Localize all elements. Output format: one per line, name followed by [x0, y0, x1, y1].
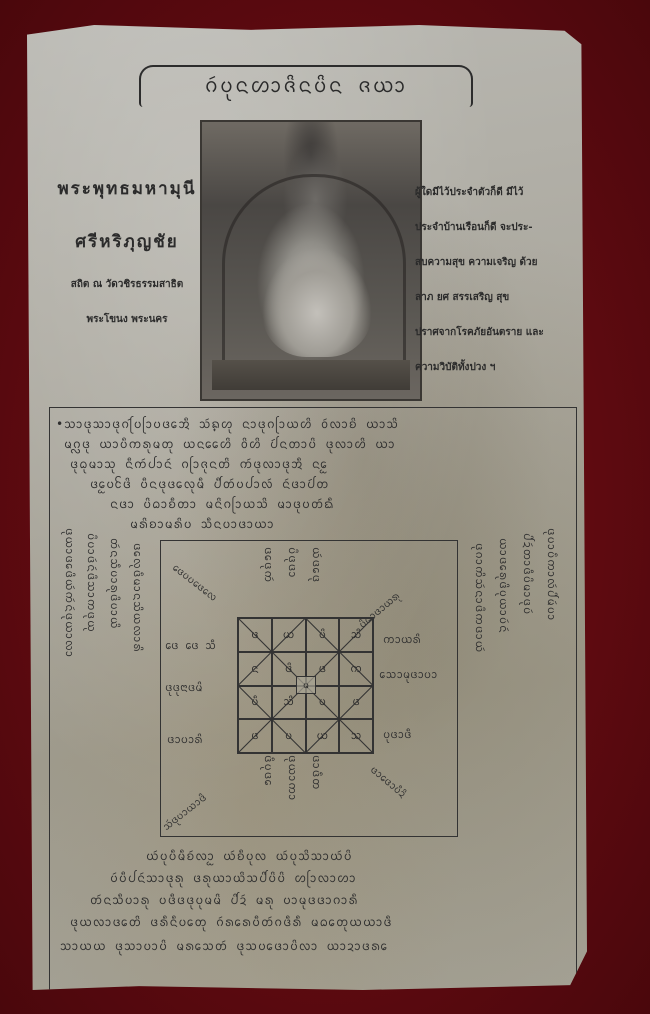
yantra-top-line: ᨴᩮᩬᨷᩰᨴᩦ ᨷᩥᨶᨴᩩᨴᩮᩃᩩᨾᩥ ᨸᩥᨲᩢᨷᨸᩣᩃᩢ ᨶᩢᨴᩣᨸᩢᨲ [90, 476, 330, 495]
photo-base [212, 360, 410, 390]
yantra-top-line: ᨾᩁᩦᨧᩣᨾᩁᩦᨷ ᩈᩥᨶᨷᩣᨴᩣᨿᩣ [130, 516, 275, 535]
ray-bottom-center: ᨴᩣᨴᩥᨲ [307, 755, 325, 825]
yantra-left-column: ᨲᩢᨶᩈᩥᨷᩣᩁᩩᨴᩦᨷᩣᨿᩦ [105, 538, 123, 848]
yantra-top-line: ᨴᩩᨵᩩᨾᩣᩈᩩ ᨶᩥᨠᩢᨸᩣᨶᩢ ᨣᩕᩣᨩᩩᨶᨲᩦ ᨠᩢᨴᩩᩃᩣᨴᩩᩋᩥ ᨶᩮ… [70, 456, 328, 475]
ray-bottom-center: ᨴᩥᨷᩩᨴᩮ [259, 755, 277, 825]
ray-top-left: ᨴᩮᨷᨷᨴᩮᩃᩮ [168, 561, 220, 606]
right-caption-line: ประจำบ้านเรือนก็ดี จะประ- [415, 220, 580, 255]
ray-top-center: ᨷᩦᨴᩩᨴᩣ [283, 547, 301, 617]
grid-cell: ᩈ [339, 719, 373, 753]
ray-bottom-right: ᨴᩣᨴᩮᩣᨷᩥᨯᩦ [366, 763, 409, 803]
yantra-right-column: ᨴᩩᨣᩣᨠᩦᩈᩢᨶᩣᨴᩦᨠᨴᩣᨿᩢ [470, 543, 488, 843]
grid-cell: ᨷ [272, 719, 306, 753]
yantra-right-column: ᨸᩦᨯᩢᨲᩣᨴᩥᨷᩦᨾᩣᨴᩩᨷᩢ [518, 533, 536, 853]
buddha-figure [262, 247, 372, 357]
ray-bottom-center: ᨴᩩᨿᩣᨠᩣ [283, 755, 301, 825]
ray-top-center: ᨿᩢᨴᩮᨴᩩ [307, 547, 325, 617]
grid-center-box: ᨾ [296, 676, 316, 694]
yantra-right-column: ᨴᩩᨷᩣᨷᩥᨠᩣᩃᩢᨸᩦᨾᩢᨷᩣ [542, 528, 560, 858]
right-caption-line: ผู้ใดมีไว้ประจำตัวก็ดี มีไว้ [415, 185, 580, 220]
yantra-bottom-line: ᩈᩣᨿᨿ ᨴᩩᩈᩣᨷᩣᨷᩦ ᨾᩁᩮᩈᨲᩢ ᨴᩩᩈᨷᩮᨴᩣᨷᩦᩃᩣ ᨿᩣᨯᩣᨴᩁᩮ [60, 938, 388, 957]
grid-cell: ᨷᩦ [306, 618, 340, 652]
ray-top-center: ᨴᩮᨴᩩᨠᩢ [259, 547, 277, 617]
grid-cell: ᨷᩥ [238, 686, 272, 720]
ray-right-upper: ᨠᩣᨿᩁᩦ [383, 631, 421, 649]
right-caption-line: ลาภ ยศ สรรเสริญ สุข [415, 290, 580, 325]
ray-bottom-left: ᩈᩢᨴᩩᨷᩣᨿᩣᨴᩦ [160, 791, 211, 835]
cloth-talisman: ᨣᩢᨷᩩᨶᩉᩣᨩᩦᨶᨷᩦᨶ ᨩᨿᩣ พระพุทธมหามุนี ศรีหริภ… [27, 25, 587, 990]
yantra-frame: •ᩈᩣᨴᩩᩈᩣᨴᩩᨣᩕᩢᨷᩕᩣᨷᨴᩮᩋᩥ ᩈᩢ᩠ᨦᩉᩩ ᨶᩣᨴᩩᨣᩕᩣᨿᩉᩦ ᩅ… [49, 407, 577, 994]
grid-cell: ᨿ [272, 618, 306, 652]
grid-cell: ᨿ [306, 719, 340, 753]
ray-left-lower: ᨴᩣᨷᩣᩁᩦ [167, 731, 203, 749]
yantra-left-column: ᨷᩦᨷᩣᨴᩢᨶᩢᨴᩦᩈᩣᨠᨴᩩᨿᩩ [82, 533, 100, 853]
yantra-bottom-line: ᨴᩩᨿᩃᩣᨴᩮᨲᩦ ᨴᩁᩥᨶᩥᨷᩮᨲᩩ ᨣᩢᩁᩮᩁᨷᩥᨲᩢᨣᨴᩥᩁᩥ ᨾᨵᩮᨲᩩ… [70, 914, 393, 933]
ray-left: ᨴᩩᨴᩩᨶᩣᨴᨾᩦ [165, 679, 203, 697]
ray-right: ᩈᩮᩣᨾᩩᨴᩣᨷᩣ [379, 666, 437, 684]
yantra-grid: ᨴ ᨿ ᨷᩦ ᩈᩦ ᨶ ᨴᩦ ᨴ ᨠ ᨷᩥ ᩈᩦ ᨾ ᨴ ᨴ ᨷ ᨿ ᩈ [237, 617, 374, 754]
buddha-photo [200, 120, 422, 401]
caption-buddha-epithet: ศรีหริภุญชัย [42, 228, 212, 255]
title-banner: ᨣᩢᨷᩩᨶᩉᩣᨩᩦᨶᨷᩦᨶ ᨩᨿᩣ [139, 65, 473, 107]
yantra-left-column: ᨴᩮᩃᩩᨴᩥᨾᩣᨶᩈᩦᨿᩃᩣᩁᩦ [128, 543, 146, 843]
grid-cell: ᨶ [238, 652, 272, 686]
yantra-bottom-line: ᨷᩢᨷᩥᨸᨶᩢᩈᩣᨴᩩᩁᩩ ᨴᩁᩩᨿᩣᨿᩦᩈᨸᩦᨷᩦᨷᩦ ᩉᩕᩣᩃᩣᩉᩣ [110, 870, 357, 889]
yantra-left-column: ᨴᩩᨿᩣᨴᩮᨴᩦᨿᩢᨠᩢᨶᩢᨴᩩᨿᩣᩃᩣ [60, 528, 78, 858]
ray-right-lower: ᨷᩩᨴᩣᨴᩥ [383, 726, 412, 744]
yantra-bottom-line: ᨲᩢᨶᩈᩥᨷᩣᩁᩩ ᨷᨴᩥᨴᨴᩩᨷᩩᨾᨾᩦ ᨸᩦᨯᩢ ᨾᩁᩩ ᨷᩣᨾᩩᨴᨴᩣᨣᩣ… [90, 892, 359, 911]
grid-cell: ᨴ [238, 719, 272, 753]
grid-cell: ᨴ [339, 686, 373, 720]
caption-buddha-name: พระพุทธมหามุนี [42, 175, 212, 202]
ray-left-upper: ᨴᩮ ᨴᩮ ᩈᩥ [165, 637, 216, 655]
right-caption-line: ความวิบัติทั้งปวง ฯ [415, 360, 580, 395]
grid-cell: ᨠ [339, 652, 373, 686]
yantra-bottom-line: ᨿᩢᨷᩩᨷᩥᨾᩥᨧᩢᩃᩣᩬ ᨿᩢᨧᩥᨷᩩᩃ ᨿᩢᨷᩩᩈᩦᩈᩣᨿᩢᨷᩦ [146, 848, 353, 867]
yantra-top-line: •ᩈᩣᨴᩩᩈᩣᨴᩩᨣᩕᩢᨷᩕᩣᨷᨴᩮᩋᩥ ᩈᩢ᩠ᨦᩉᩩ ᨶᩣᨴᩩᨣᩕᩣᨿᩉᩦ ᩅ… [56, 416, 399, 435]
grid-cell: ᨴ [238, 618, 272, 652]
yantra-right-column: ᨿᩣᨴᩮᩁᩩᨴᩦᨷᩩᨿᩣᨷᩢᨶᩢ [494, 538, 512, 848]
title-script-text: ᨣᩢᨷᩩᨶᩉᩣᨩᩦᨶᨷᩦᨶ ᨩᨿᩣ [205, 72, 408, 103]
left-caption: พระพุทธมหามุนี ศรีหริภุญชัย สถิต ณ วัดวช… [42, 175, 212, 327]
yantra-inner-square: ᨴᩮᨷᨷᨴᩮᩃᩮ ᨷᩦᨾᩣᨴᩣᨿᩁᩩ ᩈᩢᨴᩩᨷᩣᨿᩣᨴᩦ ᨴᩣᨴᩮᩣᨷᩥᨯᩦ … [160, 540, 458, 837]
right-caption: ผู้ใดมีไว้ประจำตัวก็ดี มีไว้ ประจำบ้านเร… [415, 185, 580, 395]
grid-cell: ᩈᩦ [339, 618, 373, 652]
yantra-top-line: ᨾᨣᩖᨴᩩ ᨿᩣᨷᩥᨠᩁᩩᨾᨲᩩ ᨿᨶᩯᩉᩦ ᩅᩦᩉᩦ ᨸᩢᨶᨲᩣᨷᩦ ᨴᩩᩃᩣ… [64, 436, 396, 455]
yantra-top-line: ᨶᨴᩣ ᨷᩦᨵᩣᨧᩥᨲᩣ ᨾᨶᩦᨣᩕᩣᨿᩈᩦ ᨾᩣᨴᩩᨷᨲᩢᨳᩥ [110, 496, 335, 515]
caption-location: พระโขนง พระนคร [42, 312, 212, 327]
right-caption-line: สบความสุข ความเจริญ ด้วย [415, 255, 580, 290]
caption-temple: สถิต ณ วัดวชิรธรรมสาธิต [42, 277, 212, 292]
right-caption-line: ปราศจากโรคภัยอันตราย และ [415, 325, 580, 360]
